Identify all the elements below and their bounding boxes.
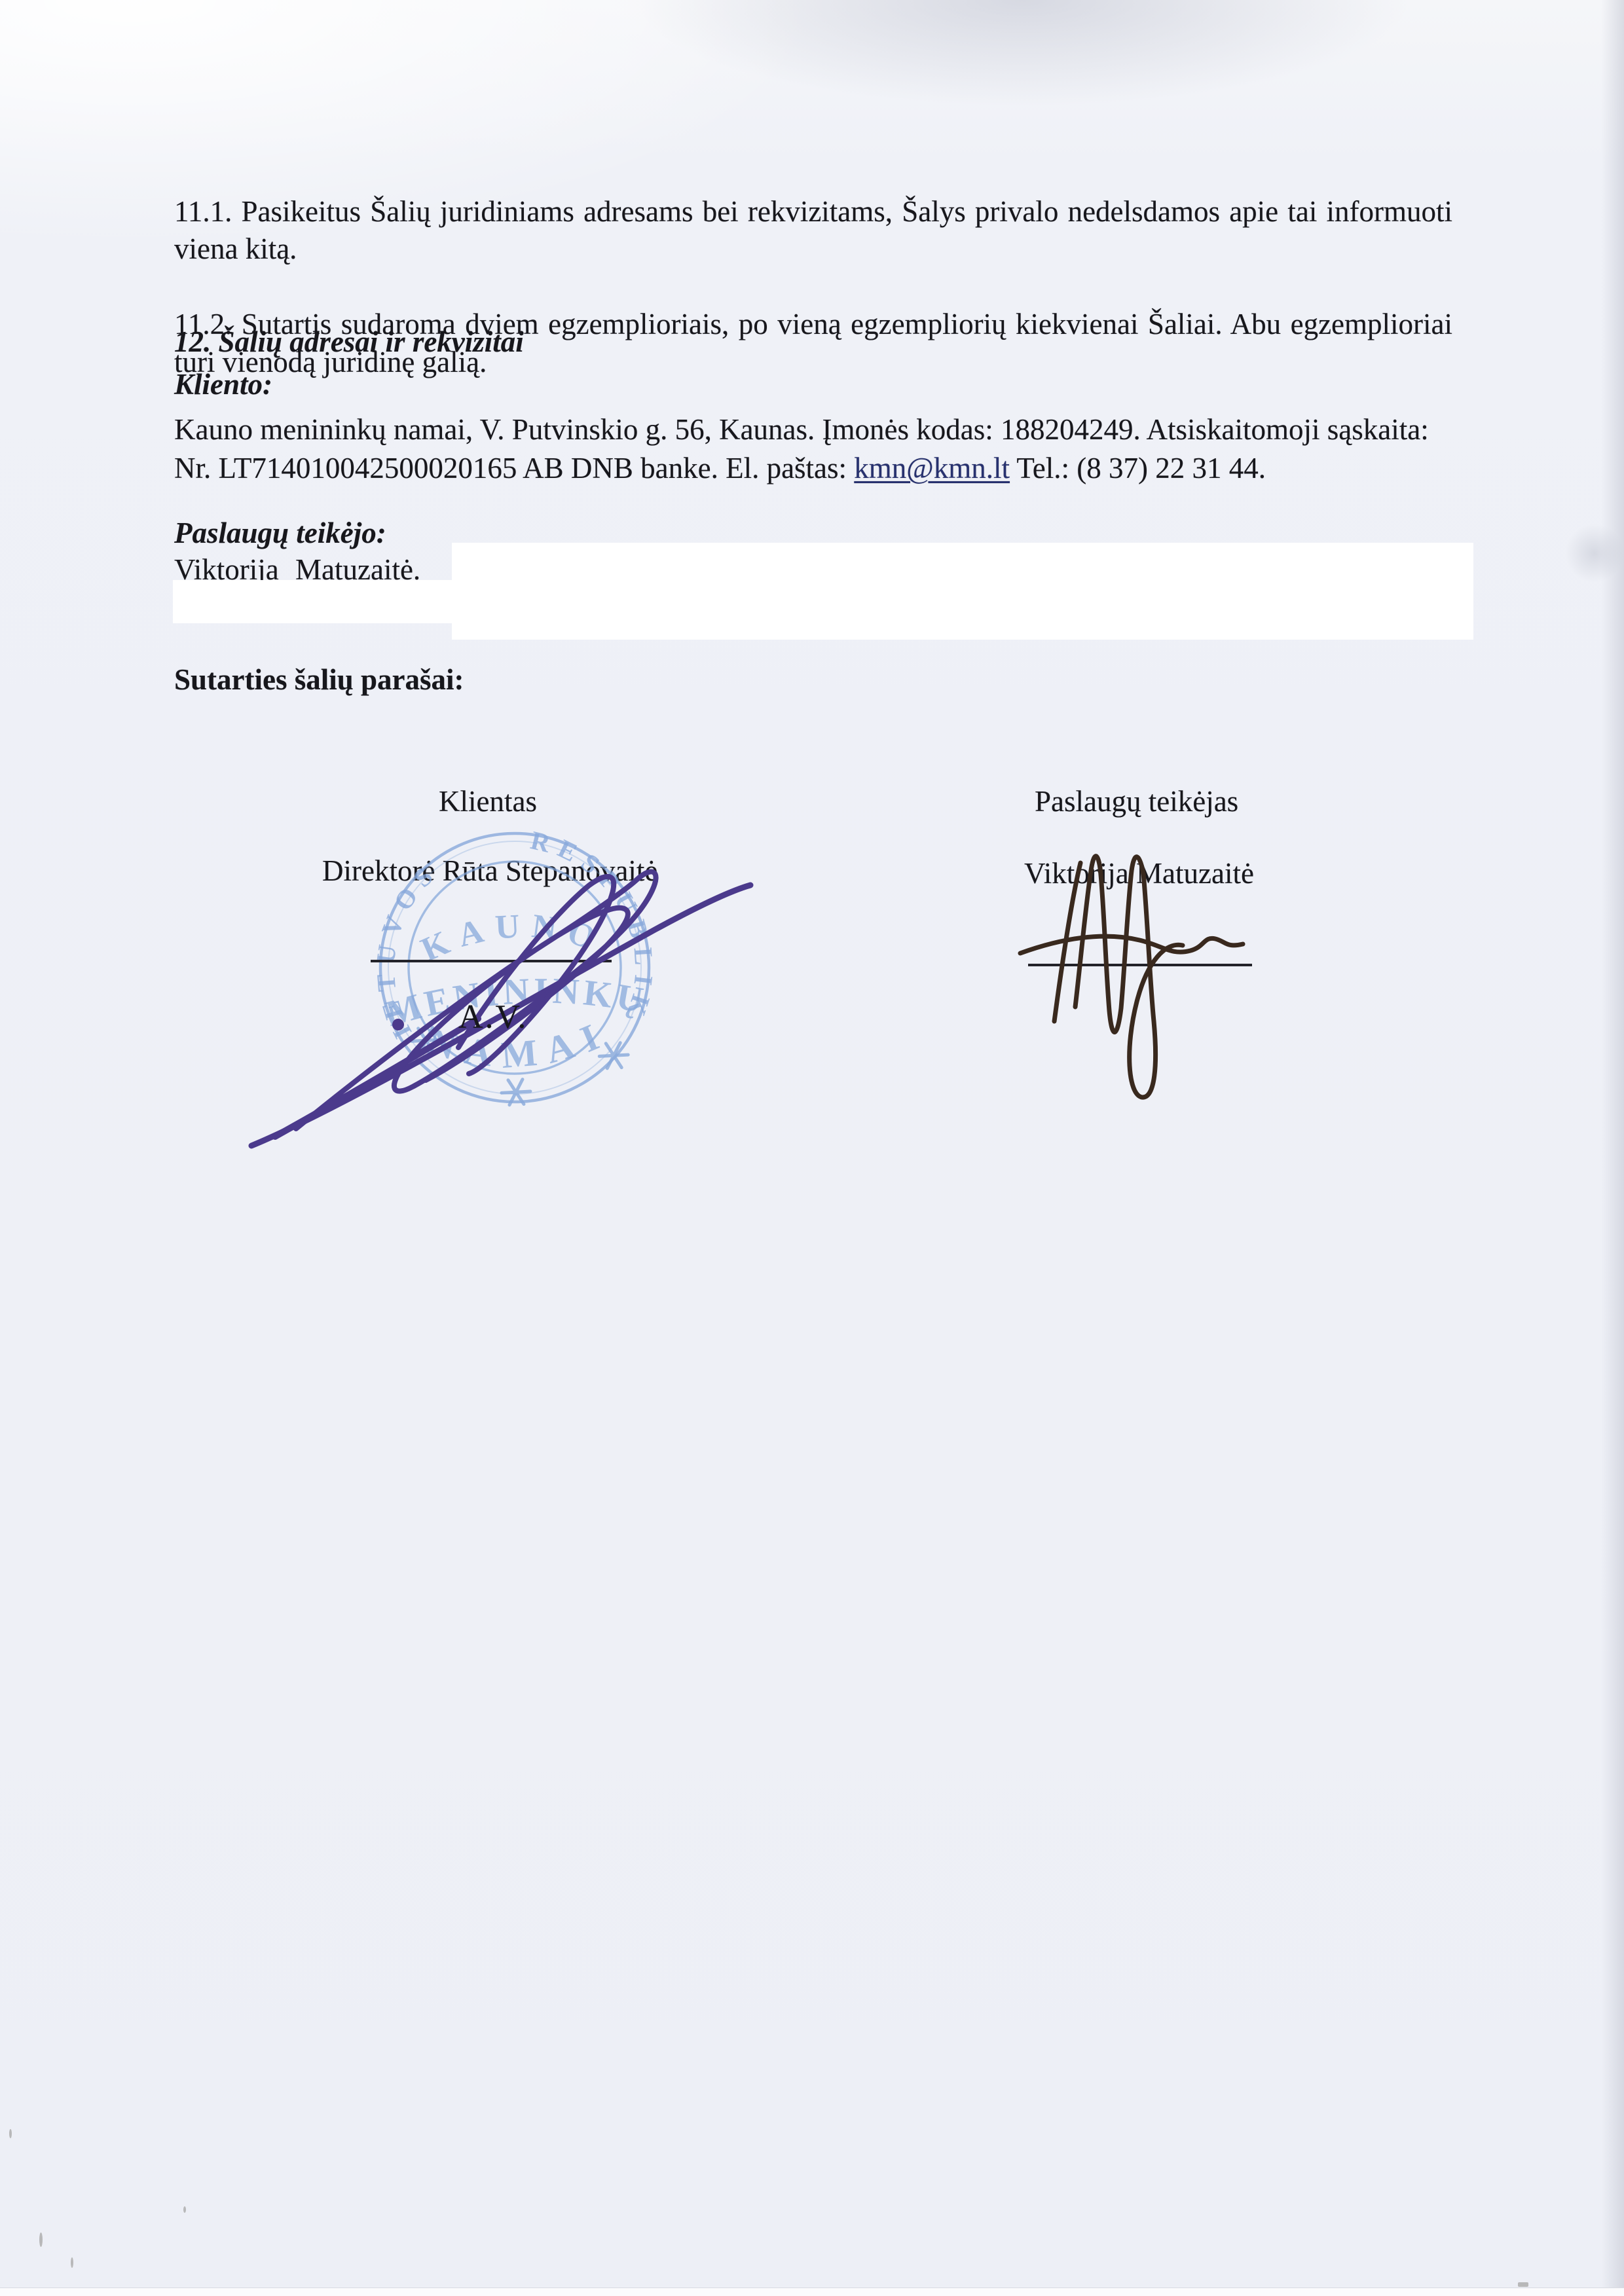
stamp-asterisk-left [411,1027,441,1053]
client-role-label: Klientas [439,784,537,818]
client-signer-name: Direktorė Rūta Stepanovaitė [322,854,657,888]
redaction-block-main [452,543,1473,640]
clause-11-1: 11.1. Pasikeitus Šalių juridiniams adres… [174,193,1452,268]
scan-speck [71,2257,73,2268]
provider-signer-name: Viktorija Matuzaitė [1024,856,1254,890]
client-details: Kauno menininkų namai, V. Putvinskio g. … [174,410,1452,488]
scan-speck [1518,2282,1528,2287]
scanned-contract-page: 11.1. Pasikeitus Šalių juridiniams adres… [0,0,1624,2296]
client-phone-text: Tel.: (8 37) 22 31 44. [1010,452,1266,484]
provider-signature [1020,856,1243,1097]
client-email-link: kmn@kmn.lt [854,452,1010,484]
clauses-block: 11.1. Pasikeitus Šalių juridiniams adres… [174,155,1452,419]
client-label: Kliento: [174,366,272,404]
stamp-asterisk-bottom [501,1079,531,1105]
provider-role-label: Paslaugų teikėjas [1035,784,1238,818]
scan-speck [39,2232,43,2247]
scan-smudge [1565,524,1624,583]
scan-bottom-edge [0,2287,1624,2296]
section-12-heading: 12. Šalių adresai ir rekvizitai [174,323,524,361]
stamp-asterisk-right [599,1042,629,1068]
scan-speck [9,2129,12,2138]
stamp-line1: KAUNO [415,903,612,970]
provider-label: Paslaugų teikėjo: [174,515,386,553]
redaction-block-left [173,580,453,623]
av-seal-label: A.V. [458,998,528,1036]
scan-speck [183,2206,186,2213]
signatures-heading: Sutarties šalių parašai: [174,661,464,699]
